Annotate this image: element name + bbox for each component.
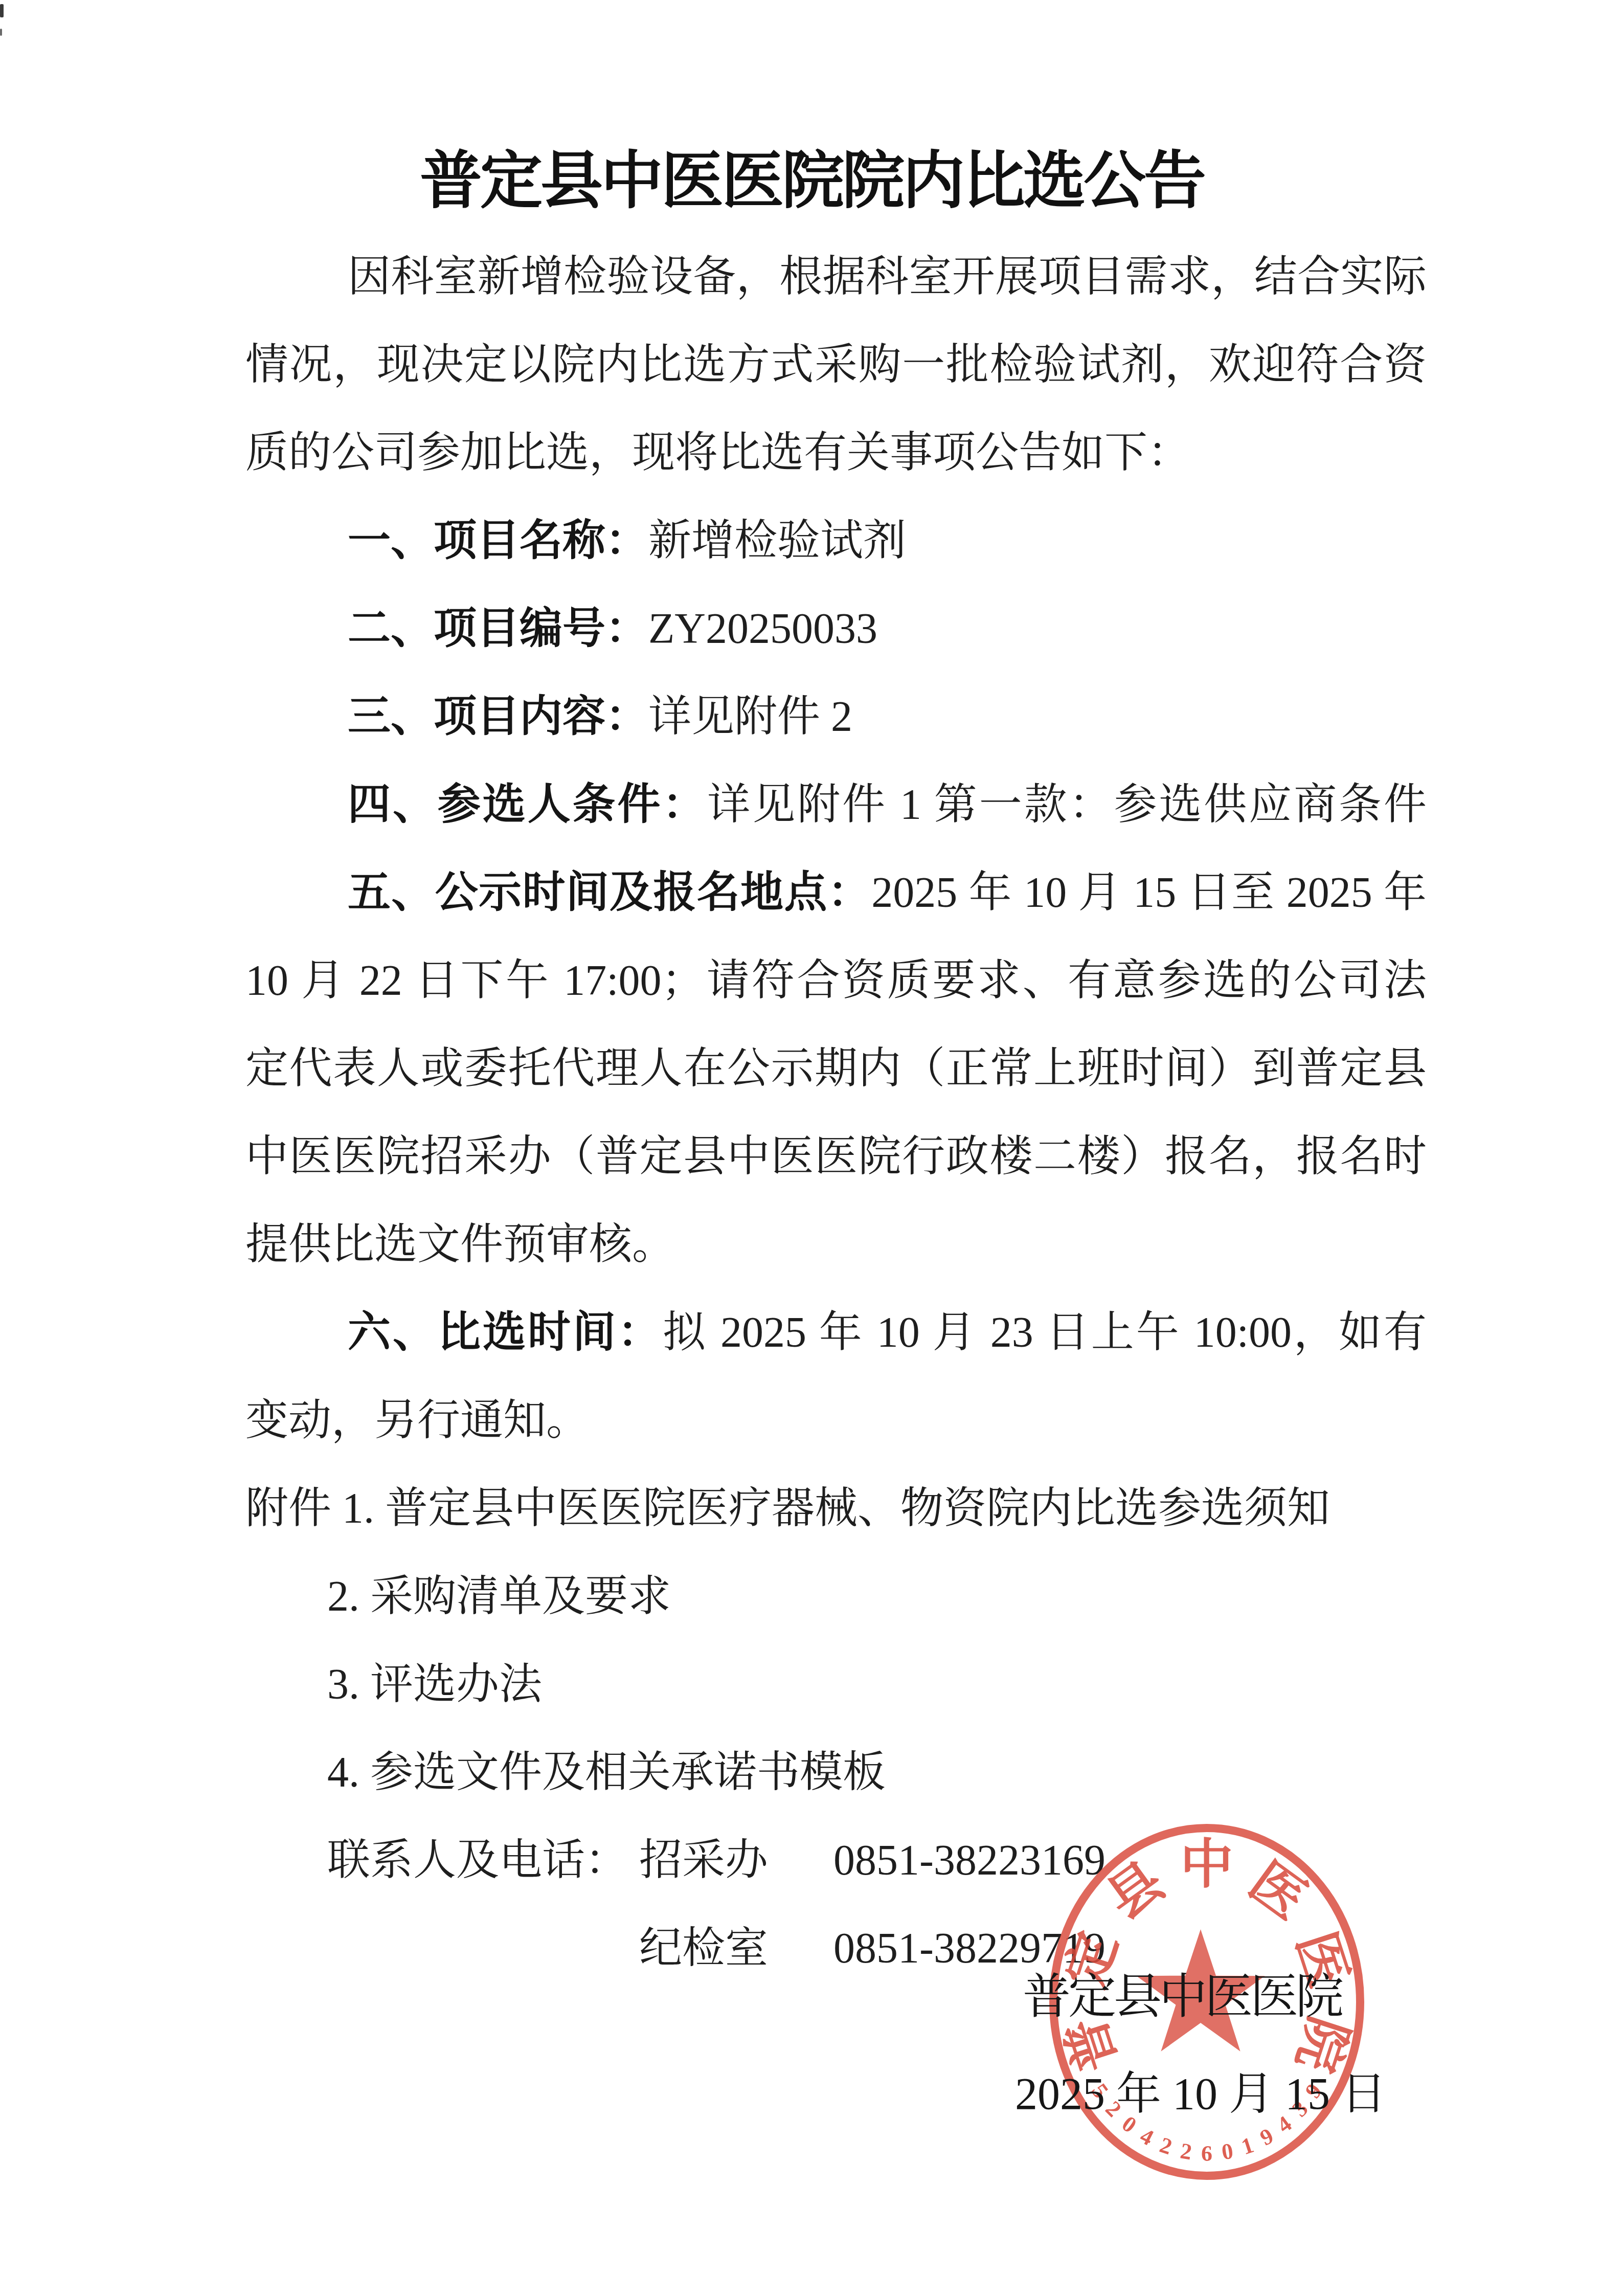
seal-code-digit: 1 [1238,2132,1257,2159]
item-5-cont-3: 中医医院招采办（普定县中医医院行政楼二楼）报名，报名时 [245,1113,1427,1201]
signature-org: 普定县中医医院 [1023,1967,1341,2028]
item-1-project-name: 一、项目名称：新增检验试剂 [245,497,1427,585]
contact-1-office: 招采办 [639,1817,768,1905]
scan-artifact [0,29,2,36]
item-4-label: 四、参选人条件： [348,781,707,829]
seal-ring-char: 中 [1180,1836,1233,1894]
item-6-selection-time: 六、比选时间：拟 2025 年 10 月 23 日上午 10:00，如有 [245,1289,1427,1377]
contact-label: 联系人及电话： [327,1817,628,1905]
intro-line-1: 因科室新增检验设备，根据科室开展项目需求，结合实际 [245,233,1427,321]
item-6-value: 拟 2025 年 10 月 23 日上午 10:00，如有 [663,1309,1427,1356]
attachment-1: 附件 1. 普定县中医医院医疗器械、物资院内比选参选须知 [245,1465,1427,1553]
item-1-label: 一、项目名称： [348,517,648,565]
item-1-value: 新增检验试剂 [648,517,906,565]
attachment-4: 4. 参选文件及相关承诺书模板 [245,1729,1427,1817]
attachment-2: 2. 采购清单及要求 [245,1553,1427,1641]
item-5-label: 五、公示时间及报名地点： [348,869,871,917]
attachment-3: 3. 评选办法 [245,1641,1427,1729]
item-2-project-number: 二、项目编号：ZY20250033 [245,585,1427,673]
item-2-label: 二、项目编号： [348,605,648,653]
seal-code-digit: 9 [1256,2123,1277,2151]
item-4-participant-conditions: 四、参选人条件：详见附件 1 第一款：参选供应商条件 [245,761,1427,849]
signature-date: 2025 年 10 月 15 日 [1015,2064,1386,2125]
intro-line-3: 质的公司参加比选，现将比选有关事项公告如下： [245,409,1427,497]
seal-code-digit: 2 [1179,2138,1193,2165]
seal-code-digit: 0 [1220,2138,1235,2165]
contact-2-office: 纪检室 [639,1905,768,1993]
item-2-value: ZY20250033 [648,605,877,653]
item-3-value: 详见附件 2 [648,693,852,741]
item-6-cont-1: 变动，另行通知。 [245,1377,1427,1465]
page-title: 普定县中医医院院内比选公告 [0,142,1624,219]
document-page: 普定县中医医院院内比选公告 因科室新增检验设备，根据科室开展项目需求，结合实际 … [0,0,1624,2296]
seal-code-digit: 6 [1201,2141,1212,2166]
item-5-cont-2: 定代表人或委托代理人在公示期内（正常上班时间）到普定县 [245,1025,1427,1113]
scan-artifact [0,4,4,17]
seal-code-digit: 4 [1136,2123,1158,2151]
seal-code-digit: 2 [1157,2132,1175,2159]
item-5-publicity-time: 五、公示时间及报名地点：2025 年 10 月 15 日至 2025 年 [245,849,1427,937]
item-3-label: 三、项目内容： [348,693,648,741]
item-5-cont-4: 提供比选文件预审核。 [245,1201,1427,1289]
item-6-label: 六、比选时间： [348,1309,663,1356]
item-5-cont-1: 10 月 22 日下午 17:00；请符合资质要求、有意参选的公司法 [245,937,1427,1025]
intro-line-2: 情况，现决定以院内比选方式采购一批检验试剂，欢迎符合资 [245,321,1427,409]
item-3-project-content: 三、项目内容：详见附件 2 [245,673,1427,761]
item-5-value: 2025 年 10 月 15 日至 2025 年 [871,869,1427,917]
item-4-value: 详见附件 1 第一款：参选供应商条件 [707,781,1427,829]
